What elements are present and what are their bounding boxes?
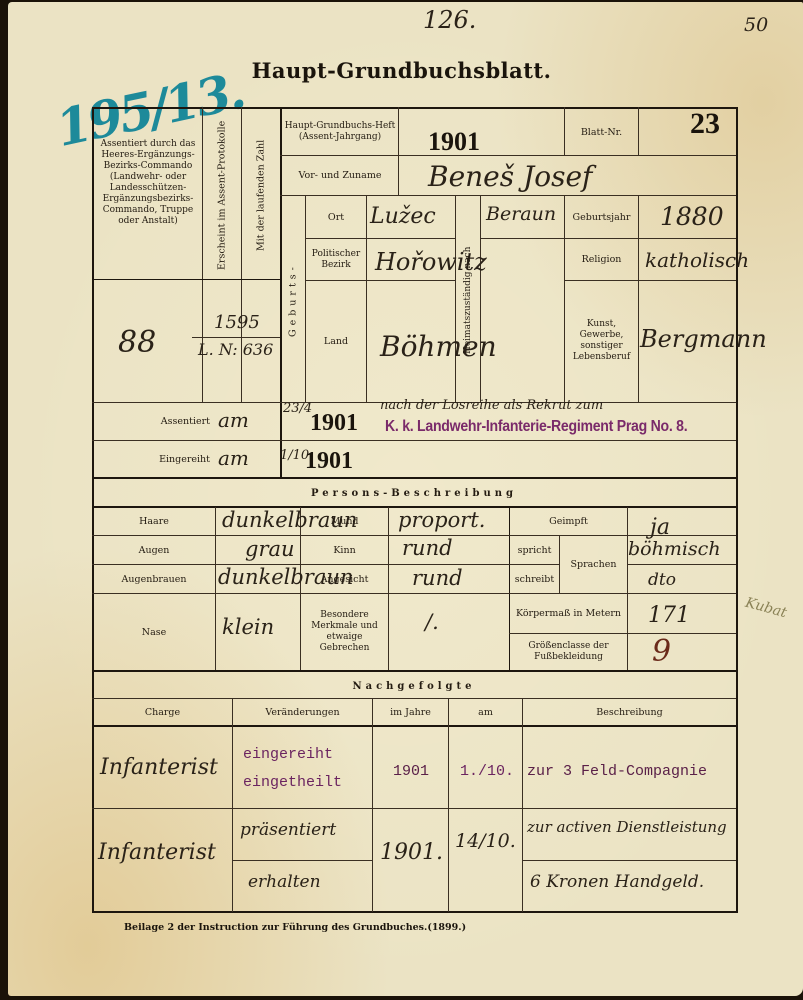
besondere-merkmale-value: /. xyxy=(425,610,439,634)
eingereiht-am: am xyxy=(218,446,249,470)
besondere-merkmale-label: Besondere Merkmale und etwaige Gebrechen xyxy=(301,594,388,670)
beruf-label: Kunst, Gewerbe, sonstiger Lebensberuf xyxy=(565,281,638,401)
blatt-label: Blatt-Nr. xyxy=(565,110,638,154)
spricht-label: spricht xyxy=(510,536,559,564)
haare-label: Haare xyxy=(93,508,215,535)
assentiert-date-fraction: 23/4 xyxy=(283,401,312,416)
koerpermass-label: Körpermaß in Metern xyxy=(510,594,627,633)
row2-beschreibung-2: 6 Kronen Handgeld. xyxy=(530,872,704,892)
divider xyxy=(522,698,523,912)
page-title: Haupt-Grundbuchsblatt. xyxy=(0,58,803,83)
divider xyxy=(638,195,639,402)
row2-charge: Infanterist xyxy=(98,840,216,865)
sprachen-label: Sprachen xyxy=(560,536,627,593)
laufende-zahl-label: Mit der laufenden Zahl xyxy=(244,115,278,275)
geburt-section-label: Geburts- xyxy=(283,210,303,390)
assentiert-am: am xyxy=(218,408,249,432)
row1-beschreibung: zur 3 Feld-Compagnie xyxy=(527,763,707,780)
mund-value: proport. xyxy=(398,508,485,532)
land-label: Land xyxy=(306,281,366,401)
nachgefolgte-title: Nachgefolgte xyxy=(92,674,736,698)
divider xyxy=(627,507,628,671)
divider xyxy=(92,808,736,809)
religion-label: Religion xyxy=(565,239,638,280)
assentiert-year: 1901 xyxy=(310,410,358,437)
geburtsjahr-label: Geburtsjahr xyxy=(565,196,638,238)
row1-charge: Infanterist xyxy=(100,755,218,780)
geimpft-label: Geimpft xyxy=(510,508,627,535)
name-label: Vor- und Zuname xyxy=(282,156,398,194)
page-number-center: 126. xyxy=(423,6,476,34)
frame-top xyxy=(92,107,738,109)
divider xyxy=(92,477,736,479)
col-header-veraenderungen: Veränderungen xyxy=(233,699,372,725)
col-header-charge: Charge xyxy=(93,699,232,725)
beruf-value: Bergmann xyxy=(640,325,767,353)
kinn-label: Kinn xyxy=(301,536,388,564)
protokoll-top-value: 1595 xyxy=(214,312,260,333)
bezirk-label: Politischer Bezirk xyxy=(306,239,366,280)
heft-value: 1901 xyxy=(428,127,480,157)
row2-beschreibung-1: zur activen Dienstleistung xyxy=(527,818,727,836)
frame-bottom xyxy=(92,911,738,913)
row2-veraenderung-1: präsentiert xyxy=(240,820,336,840)
angesicht-value: rund xyxy=(412,566,463,590)
nase-label: Nase xyxy=(93,594,215,670)
eingereiht-label: Eingereiht xyxy=(130,441,210,477)
divider xyxy=(480,195,481,402)
ort-label: Ort xyxy=(306,196,366,238)
heft-label: Haupt-Grundbuchs-Heft (Assent-Jahrgang) xyxy=(282,110,398,154)
frame-right xyxy=(736,107,738,913)
name-value: Beneš Josef xyxy=(428,160,592,193)
row1-veraenderung-1: eingereiht xyxy=(243,746,333,763)
fussbekleidung-label: Größenclasse der Fußbekleidung xyxy=(510,634,627,670)
divider xyxy=(232,860,372,861)
divider xyxy=(366,195,367,402)
row1-jahr: 1901 xyxy=(393,763,429,780)
nase-value: klein xyxy=(222,615,274,639)
angesicht-label: Angesicht xyxy=(301,565,388,593)
divider xyxy=(92,725,736,727)
regiment-stamp: K. k. Landwehr-Infanterie-Regiment Prag … xyxy=(385,418,687,436)
commando-value: 88 xyxy=(118,325,156,360)
divider xyxy=(638,107,639,155)
divider xyxy=(448,698,449,912)
schreibt-value: dto xyxy=(648,570,676,590)
kinn-value: rund xyxy=(402,536,453,560)
row1-veraenderung-2: eingetheilt xyxy=(243,774,342,791)
augen-label: Augen xyxy=(93,536,215,564)
geimpft-value: ja xyxy=(650,515,670,540)
fraction-line xyxy=(192,337,280,338)
col-header-am: am xyxy=(449,699,522,725)
row2-veraenderung-2: erhalten xyxy=(248,872,321,892)
augen-value: grau xyxy=(245,537,295,561)
divider xyxy=(627,564,736,565)
schreibt-label: schreibt xyxy=(510,565,559,593)
mund-label: Mund xyxy=(301,508,388,535)
blatt-value: 23 xyxy=(690,107,720,141)
divider xyxy=(92,670,736,672)
geburtsjahr-value: 1880 xyxy=(660,202,724,231)
col-header-jahr: im Jahre xyxy=(373,699,448,725)
divider xyxy=(232,698,233,912)
erscheint-label: Erscheint im Assent-Protokolle xyxy=(205,115,239,275)
divider xyxy=(215,507,216,671)
divider xyxy=(398,107,399,195)
row2-am: 14/10. xyxy=(455,830,516,852)
personsbeschreibung-title: Persons-Beschreibung xyxy=(92,481,736,505)
footer-note: Beilage 2 der Instruction zur Führung de… xyxy=(124,922,466,933)
col-header-beschreibung: Beschreibung xyxy=(523,699,736,725)
heimat-label: Heimatszuständig nach xyxy=(456,200,480,400)
row1-am: 1./10. xyxy=(460,763,514,780)
religion-value: katholisch xyxy=(645,248,749,272)
divider xyxy=(92,279,280,280)
heimat-value: Beraun xyxy=(486,203,556,225)
assentiert-durch-label: Assentiert durch das Heeres-Ergänzungs-B… xyxy=(94,118,202,248)
koerpermass-value: 171 xyxy=(648,603,690,628)
row2-jahr: 1901. xyxy=(380,840,443,865)
eingereiht-year: 1901 xyxy=(305,448,353,475)
divider xyxy=(522,860,736,861)
page-number-right: 50 xyxy=(744,14,768,36)
divider xyxy=(388,507,389,671)
assentiert-note: nach der Losreihe als Rekrut zum xyxy=(380,398,603,413)
protokoll-bottom-value: L. N: 636 xyxy=(198,340,273,359)
divider xyxy=(372,698,373,912)
spricht-value: böhmisch xyxy=(628,538,721,560)
assentiert-label: Assentiert xyxy=(130,403,210,440)
fussbekleidung-value: 9 xyxy=(652,634,671,669)
ort-value: Lužec xyxy=(370,204,436,229)
augenbrauen-label: Augenbrauen xyxy=(93,565,215,593)
